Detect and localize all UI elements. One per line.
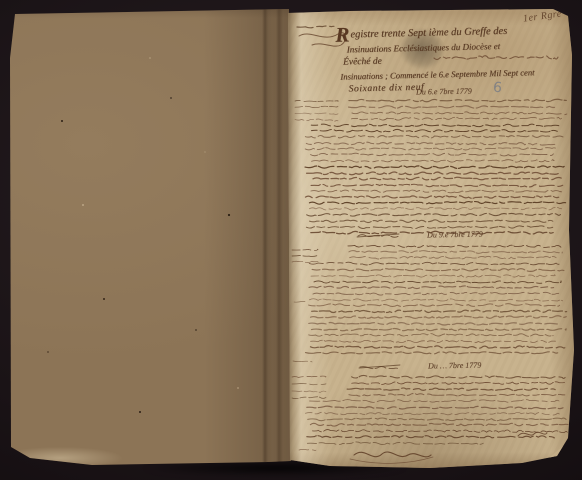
handwriting-strokes	[0, 0, 582, 480]
archival-scan: 1er Rgre R egistre trente Sept ième du G…	[0, 0, 582, 480]
